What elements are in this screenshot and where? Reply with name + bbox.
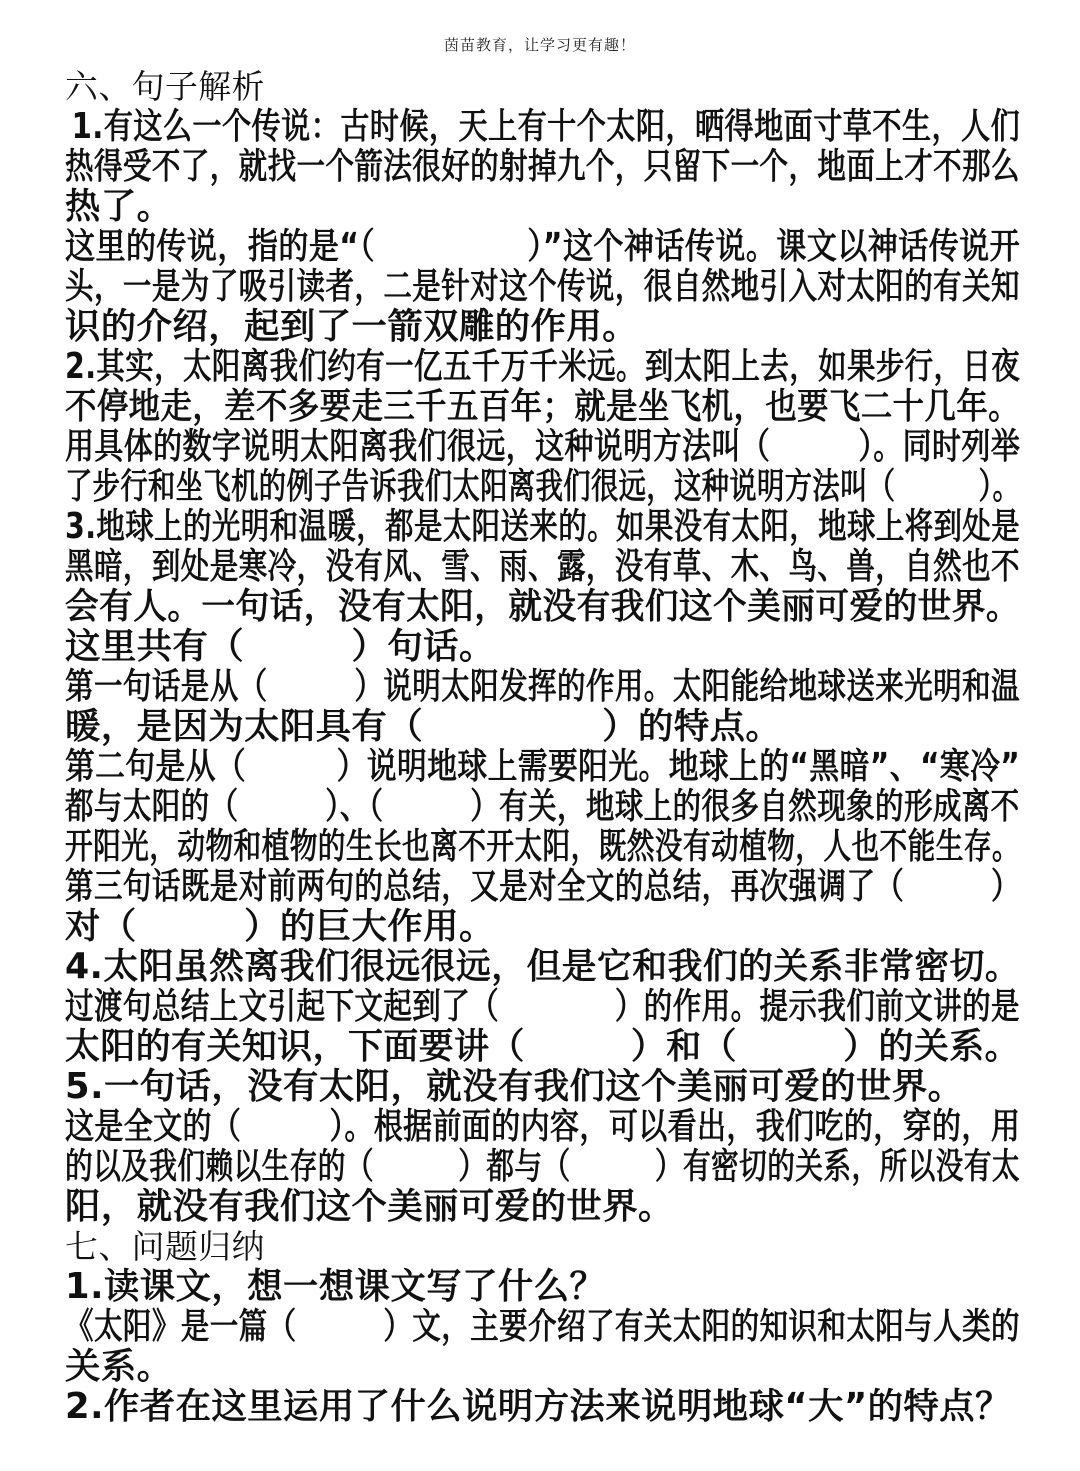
text-line: 5.一句话，没有太阳，就没有我们这个美丽可爱的世界。: [65, 1067, 1020, 1107]
text-line: 热得受不了，就找一个箭法很好的射掉九个，只留下一个，地面上才不那么: [65, 147, 837, 187]
section-heading: 六、句子解析: [65, 67, 1020, 107]
text-line: 这里共有（ ）句话。: [65, 627, 1020, 667]
page-header-slogan: 茵苗教育，让学习更有趣！: [0, 34, 1080, 55]
text-line: 第一句话是从（ ）说明太阳发挥的作用。太阳能给地球送来光明和温: [65, 667, 837, 707]
text-line: 第三句话既是对前两句的总结，又是对全文的总结，再次强调了（ ）: [65, 867, 837, 907]
text-line: 热了。: [65, 187, 1020, 227]
text-line: 关系。: [65, 1347, 1020, 1387]
text-line: 识的介绍，起到了一箭双雕的作用。: [65, 307, 1020, 347]
text-line: 2.其实，太阳离我们约有一亿五千万千米远。到太阳上去，如果步行，日夜: [65, 347, 835, 387]
text-line: 会有人。一句话，没有太阳，就没有我们这个美丽可爱的世界。: [65, 587, 975, 627]
document-page: 茵苗教育，让学习更有趣！ 六、句子解析1.有这么一个传说：古时候，天上有十个太阳…: [0, 0, 1080, 1471]
text-line: 3.地球上的光明和温暖，都是太阳送来的。如果没有太阳，地球上将到处是: [65, 507, 835, 547]
text-line: 对（ ）的巨大作用。: [65, 907, 1020, 947]
text-line: 了步行和坐飞机的例子告诉我们太阳离我们很远，这种说明方法叫（ ）。: [65, 467, 803, 507]
text-line: 这是全文的（ ）。根据前面的内容，可以看出，我们吃的，穿的，用: [65, 1107, 849, 1147]
document-body: 六、句子解析1.有这么一个传说：古时候，天上有十个太阳，晒得地面寸草不生，人们热…: [65, 67, 1025, 1427]
text-line: 用具体的数字说明太阳离我们很远，这种说明方法叫（ ）。同时列举: [65, 427, 849, 467]
text-line: 太阳的有关知识，下面要讲（ ）和（ ）的关系。: [65, 1027, 1008, 1067]
text-line: 不停地走，差不多要走三千五百年；就是坐飞机，也要飞二十几年。: [65, 387, 914, 427]
text-line: 头，一是为了吸引读者，二是针对这个传说，很自然地引入对太阳的有关知: [65, 267, 837, 307]
text-line: 1.有这么一个传说：古时候，天上有十个太阳，晒得地面寸草不生，人们: [65, 107, 853, 147]
text-line: 这里的传说，指的是“（ ）”这个神话传说。课文以神话传说开: [65, 227, 878, 267]
text-line: 第二句是从（ ）说明地球上需要阳光。地球上的“黑暗”、“寒冷”: [65, 747, 870, 787]
section-heading: 七、问题归纳: [65, 1227, 1020, 1267]
text-line: 黑暗，到处是寒冷，没有风、雪、雨、露，没有草、木、鸟、兽，自然也不: [65, 547, 837, 587]
text-line: 过渡句总结上文引起下文起到了（ ）的作用。提示我们前文讲的是: [65, 987, 837, 1027]
text-line: 1.读课文，想一想课文写了什么？: [65, 1267, 1020, 1307]
text-line: 《太阳》是一篇（ ）文，主要介绍了有关太阳的知识和太阳与人类的: [65, 1307, 837, 1347]
text-line: 阳，就没有我们这个美丽可爱的世界。: [65, 1187, 1020, 1227]
text-line: 的以及我们赖以生存的（ ）都与（ ）有密切的关系，所以没有太: [65, 1147, 814, 1187]
text-line: 暖，是因为太阳具有（ ）的特点。: [65, 707, 1020, 747]
text-line: 4.太阳虽然离我们很远很远，但是它和我们的关系非常密切。: [65, 947, 1005, 987]
text-line: 都与太阳的（ ）、（ ）有关，地球上的很多自然现象的形成离不: [65, 787, 836, 827]
text-line: 2.作者在这里运用了什么说明方法来说明地球“大”的特点？: [65, 1387, 1020, 1427]
text-line: 开阳光，动物和植物的生长也离不开太阳，既然没有动植物，人也不能生存。: [65, 827, 814, 867]
